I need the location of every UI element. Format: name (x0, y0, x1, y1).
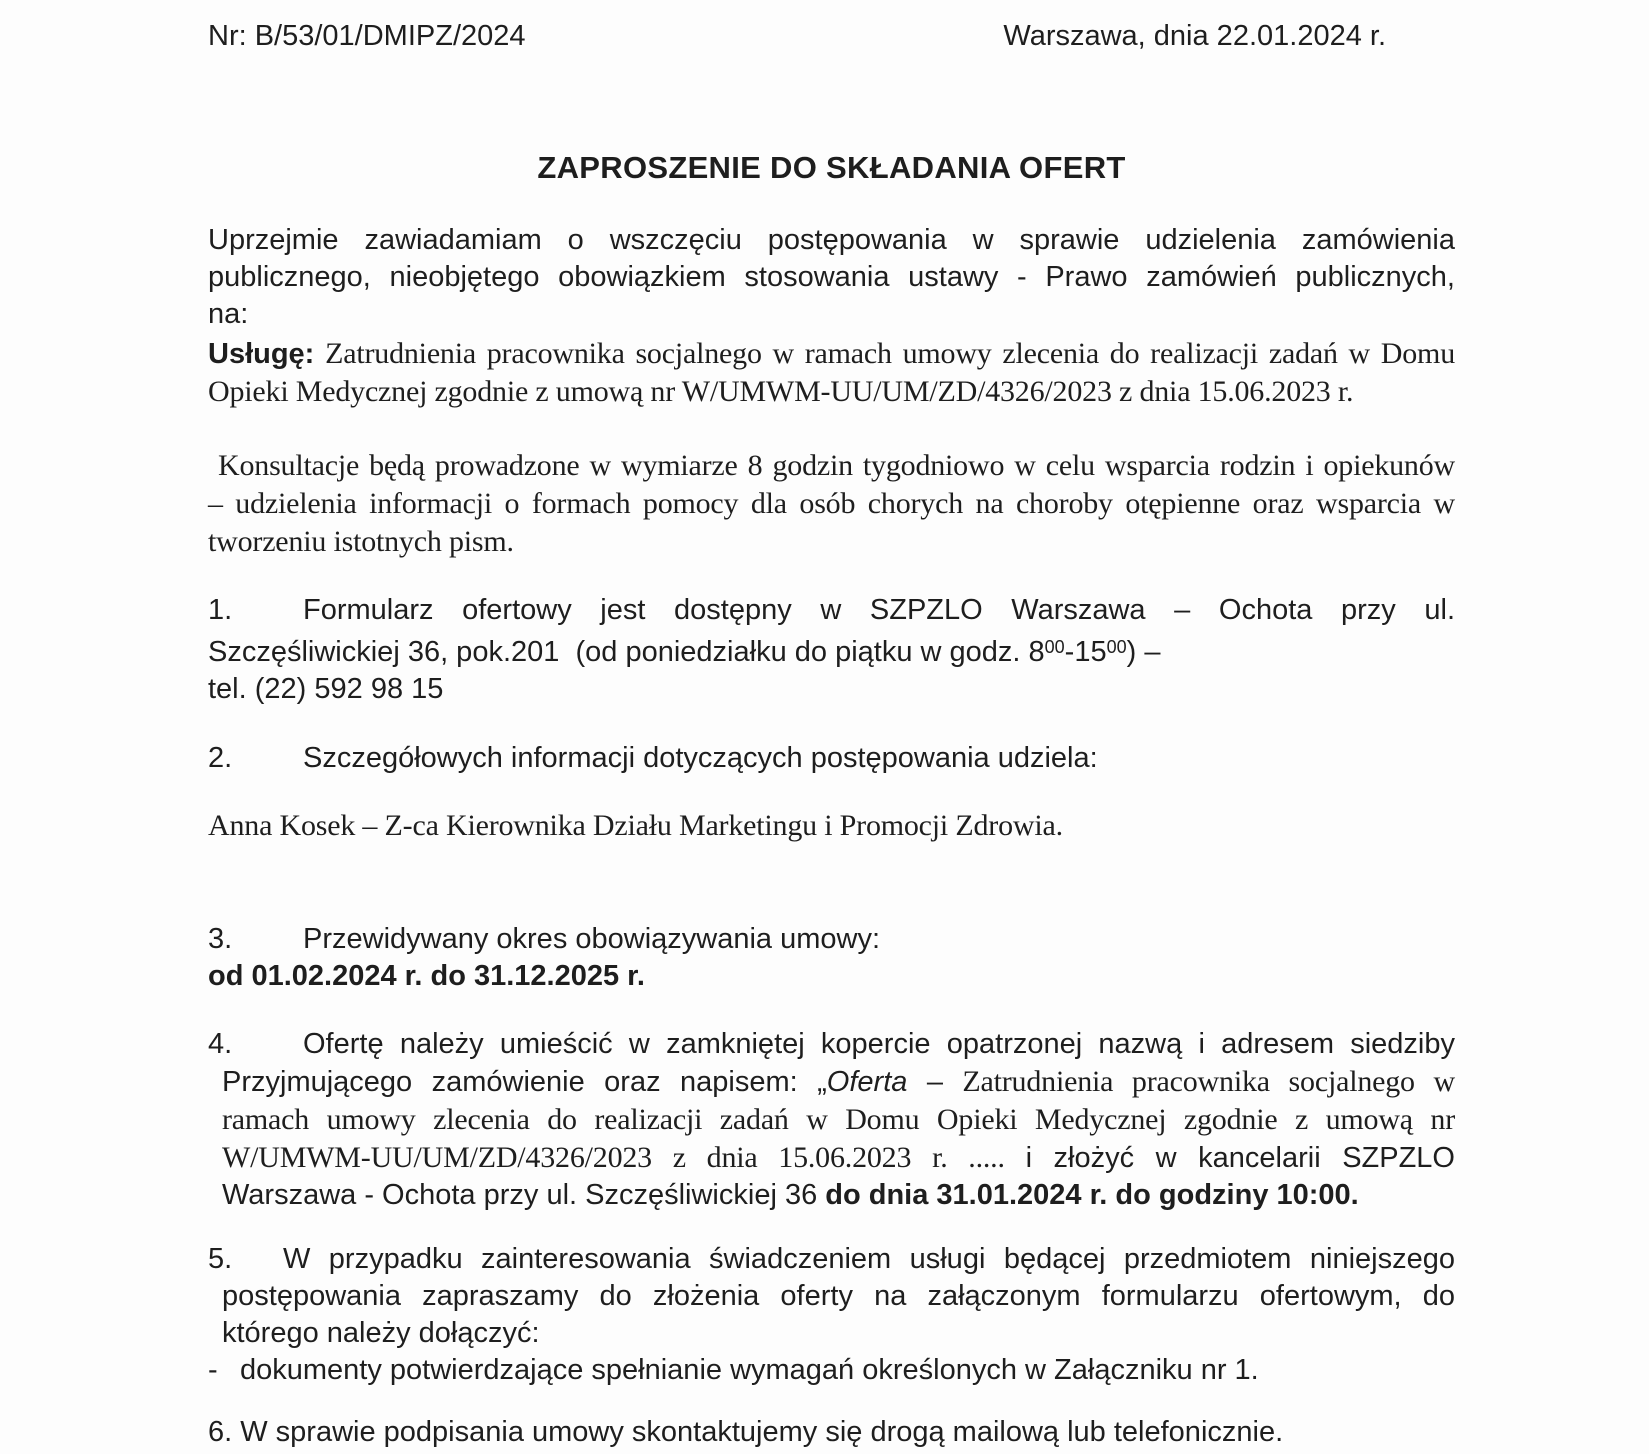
attachment-dash-item: -dokumenty potwierdzające spełnianie wym… (208, 1352, 1455, 1389)
text-segment: ramach umowy zlecenia do realizacji zada… (222, 1103, 1455, 1136)
document-number: Nr: B/53/01/DMIPZ/2024 (208, 18, 526, 55)
text-line: Uprzejmie zawiadamiam o wszczęciu postęp… (208, 222, 1455, 259)
text-segment: – (907, 1066, 962, 1098)
text-line: – udzielenia informacji o formach pomocy… (208, 485, 1455, 523)
list-item-5: 5.W przypadku zainteresowania świadczeni… (208, 1241, 1455, 1352)
text-segment: Formularz ofertowy jest dostępny w SZPZL… (303, 594, 1455, 626)
text-segment: Zatrudnienia pracownika socjalnego w ram… (314, 337, 1455, 370)
document-header: Nr: B/53/01/DMIPZ/2024 Warszawa, dnia 22… (208, 18, 1455, 55)
text-segment: Zatrudnienia pracownika socjalnego w (962, 1065, 1455, 1098)
item-number: 4. (208, 1026, 303, 1063)
text-segment: Anna Kosek – Z-ca Kierownika Działu Mark… (208, 809, 1063, 842)
text-line: od 01.02.2024 r. do 31.12.2025 r. (208, 958, 1455, 995)
item-number: 1. (208, 592, 303, 629)
text-segment: na: (208, 298, 248, 330)
text-segment: do dnia 31.01.2024 r. do godziny 10:00. (825, 1179, 1358, 1211)
text-line: Konsultacje będą prowadzone w wymiarze 8… (208, 447, 1455, 485)
text-segment: dokumenty potwierdzające spełnianie wyma… (240, 1354, 1259, 1386)
text-segment: publicznego, nieobjętego obowiązkiem sto… (208, 261, 1455, 293)
text-line: 1.Formularz ofertowy jest dostępny w SZP… (208, 592, 1455, 629)
text-segment: 6. W sprawie podpisania umowy skontaktuj… (208, 1416, 1283, 1448)
text-line: publicznego, nieobjętego obowiązkiem sto… (208, 259, 1455, 296)
text-line: Anna Kosek – Z-ca Kierownika Działu Mark… (208, 807, 1455, 845)
text-line: 3.Przewidywany okres obowiązywania umowy… (208, 921, 1455, 958)
text-line: Opieki Medycznej zgodnie z umową nr W/UM… (208, 373, 1455, 411)
consultation-paragraph: Konsultacje będą prowadzone w wymiarze 8… (208, 447, 1455, 561)
text-line: W/UMWM-UU/UM/ZD/4326/2023 z dnia 15.06.2… (208, 1139, 1455, 1177)
dash-bullet: - (208, 1352, 240, 1389)
text-line: tel. (22) 592 98 15 (208, 671, 1455, 708)
service-paragraph: Usługę: Zatrudnienia pracownika socjalne… (208, 335, 1455, 411)
item-number: 2. (208, 740, 303, 777)
text-segment: – udzielenia informacji o formach pomocy… (208, 487, 1455, 520)
text-segment: Przewidywany okres obowiązywania umowy: (303, 923, 880, 955)
text-line: tworzeniu istotnych pism. (208, 523, 1455, 561)
list-item-4: 4.Ofertę należy umieścić w zamkniętej ko… (208, 1026, 1455, 1214)
text-line: -dokumenty potwierdzające spełnianie wym… (208, 1352, 1455, 1389)
text-line: Szczęśliwickiej 36, pok.201 (od poniedzi… (208, 629, 1455, 671)
text-segment: Usługę: (208, 338, 314, 370)
text-segment: od 01.02.2024 r. do 31.12.2025 r. (208, 960, 645, 992)
text-segment: ) – (1127, 636, 1161, 668)
superscript-text: 00 (1107, 637, 1127, 657)
text-segment: i złożyć w kancelarii SZPZLO (1026, 1142, 1455, 1174)
place-and-date: Warszawa, dnia 22.01.2024 r. (1003, 18, 1386, 55)
list-item-6: 6. W sprawie podpisania umowy skontaktuj… (208, 1414, 1455, 1451)
text-segment: Uprzejmie zawiadamiam o wszczęciu postęp… (208, 224, 1455, 256)
text-segment: tel. (22) 592 98 15 (208, 673, 443, 705)
text-segment: Ofertę należy umieścić w zamkniętej kope… (303, 1028, 1455, 1060)
text-segment: Opieki Medycznej zgodnie z umową nr W/UM… (208, 375, 1353, 408)
text-segment: tworzeniu istotnych pism. (208, 525, 514, 558)
item-number: 3. (208, 921, 303, 958)
text-segment: -15 (1065, 636, 1107, 668)
item-number: 5. (208, 1241, 283, 1278)
text-line: 5.W przypadku zainteresowania świadczeni… (208, 1241, 1455, 1278)
scanned-document-page: Nr: B/53/01/DMIPZ/2024 Warszawa, dnia 22… (0, 0, 1649, 1454)
text-segment: Konsultacje będą prowadzone w wymiarze 8… (218, 449, 1455, 482)
text-line: Przyjmującego zamówienie oraz napisem: „… (208, 1063, 1455, 1101)
text-line: którego należy dołączyć: (208, 1315, 1455, 1352)
text-segment: Szczegółowych informacji dotyczących pos… (303, 742, 1098, 774)
list-item-1: 1.Formularz ofertowy jest dostępny w SZP… (208, 592, 1455, 708)
contact-person-line: Anna Kosek – Z-ca Kierownika Działu Mark… (208, 807, 1455, 845)
text-segment: Szczęśliwickiej 36, pok.201 (od poniedzi… (208, 636, 1045, 668)
text-segment: postępowania zapraszamy do złożenia ofer… (222, 1280, 1455, 1312)
text-segment: którego należy dołączyć: (222, 1317, 540, 1349)
text-segment: W przypadku zainteresowania świadczeniem… (283, 1243, 1455, 1275)
text-segment: Warszawa - Ochota przy ul. Szczęśliwicki… (222, 1179, 825, 1211)
intro-paragraph: Uprzejmie zawiadamiam o wszczęciu postęp… (208, 222, 1455, 333)
text-line: postępowania zapraszamy do złożenia ofer… (208, 1278, 1455, 1315)
list-item-2: 2.Szczegółowych informacji dotyczących p… (208, 740, 1455, 777)
text-line: ramach umowy zlecenia do realizacji zada… (208, 1101, 1455, 1139)
list-item-3: 3.Przewidywany okres obowiązywania umowy… (208, 921, 1455, 995)
text-line: 6. W sprawie podpisania umowy skontaktuj… (208, 1414, 1455, 1451)
text-line: 2.Szczegółowych informacji dotyczących p… (208, 740, 1455, 777)
text-line: Warszawa - Ochota przy ul. Szczęśliwicki… (208, 1177, 1455, 1214)
text-line: Usługę: Zatrudnienia pracownika socjalne… (208, 335, 1455, 373)
document-body: Uprzejmie zawiadamiam o wszczęciu postęp… (208, 222, 1455, 1451)
text-segment: Oferta (827, 1066, 908, 1098)
text-line: na: (208, 296, 1455, 333)
superscript-text: 00 (1045, 637, 1065, 657)
document-title: ZAPROSZENIE DO SKŁADANIA OFERT (208, 148, 1455, 188)
text-segment: W/UMWM-UU/UM/ZD/4326/2023 z dnia 15.06.2… (222, 1141, 1026, 1174)
text-segment: Przyjmującego zamówienie oraz napisem: „ (222, 1066, 827, 1098)
text-line: 4.Ofertę należy umieścić w zamkniętej ko… (208, 1026, 1455, 1063)
